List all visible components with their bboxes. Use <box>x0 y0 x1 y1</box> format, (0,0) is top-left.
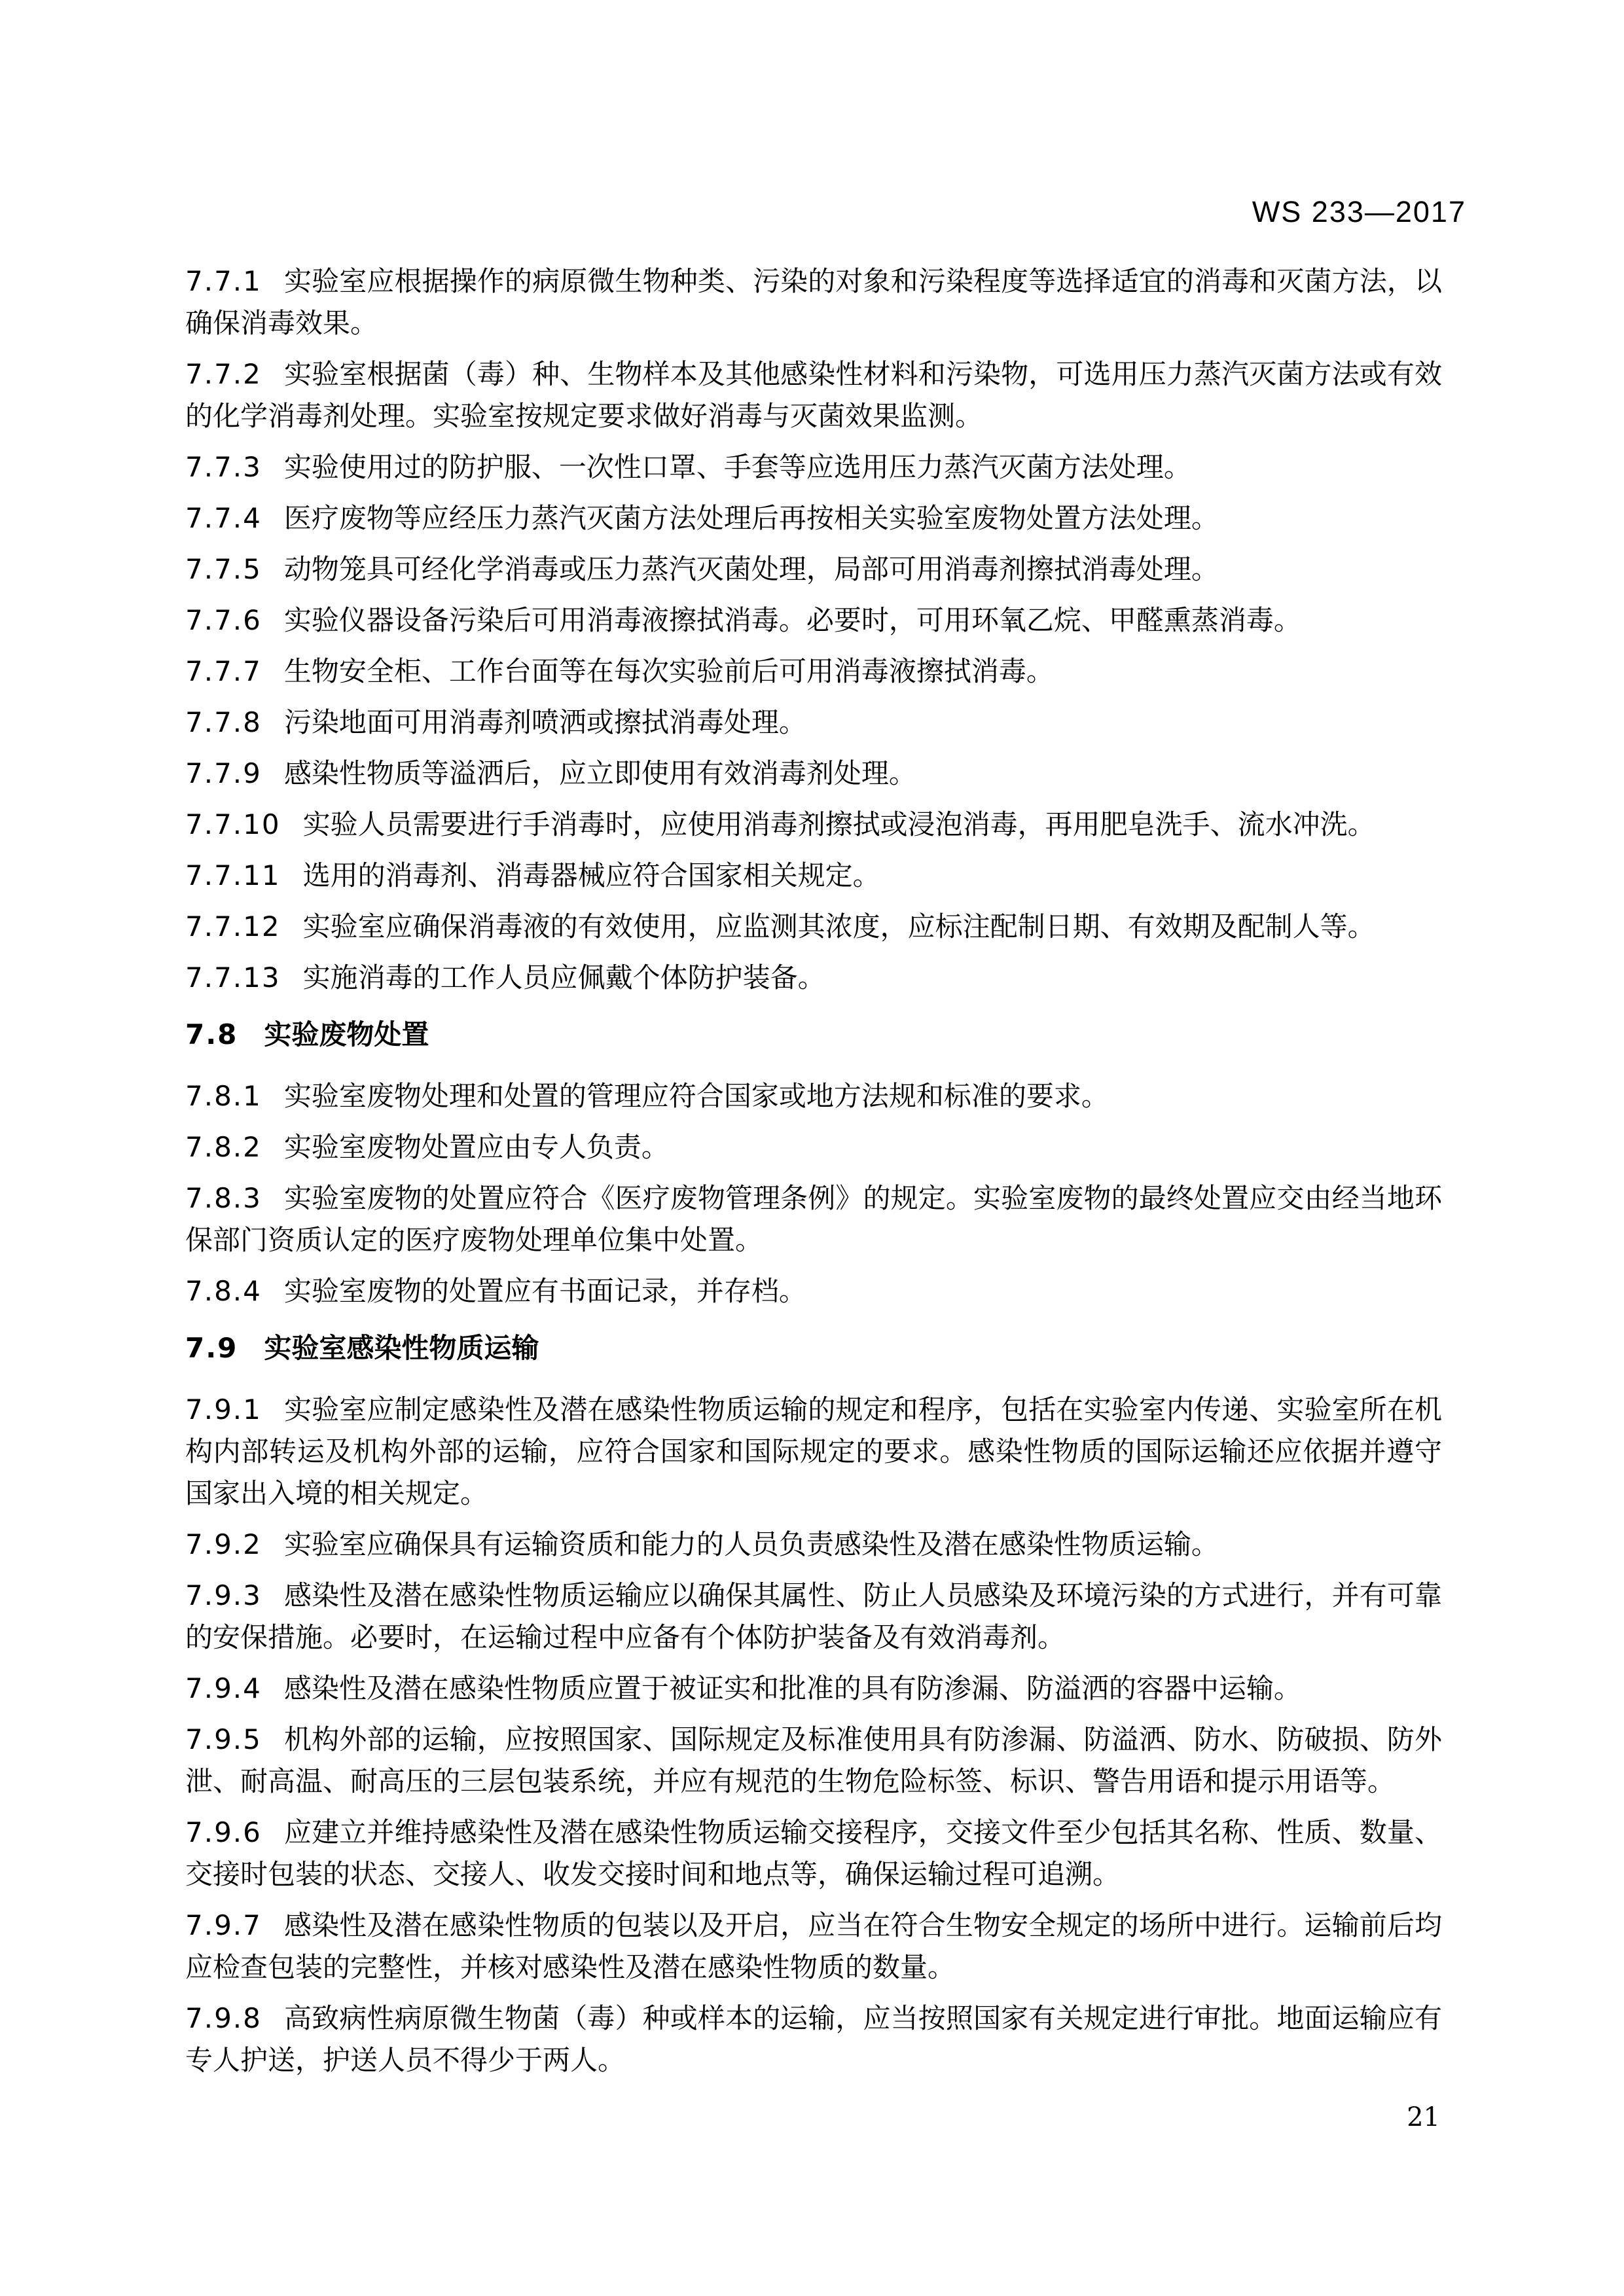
clause-paragraph: 7.7.2实验室根据菌（毒）种、生物样本及其他感染性材料和污染物，可选用压力蒸汽… <box>185 353 1442 438</box>
clause-paragraph: 7.7.10实验人员需要进行手消毒时，应使用消毒剂擦拭或浸泡消毒，再用肥皂洗手、… <box>185 804 1442 846</box>
clause-number: 7.9.3 <box>185 1579 262 1611</box>
section-title: 实验废物处置 <box>264 1019 429 1050</box>
clause-paragraph: 7.7.7生物安全柜、工作台面等在每次实验前后可用消毒液擦拭消毒。 <box>185 651 1442 693</box>
clause-paragraph: 7.7.12实验室应确保消毒液的有效使用，应监测其浓度，应标注配制日期、有效期及… <box>185 906 1442 948</box>
clause-paragraph: 7.7.13实施消毒的工作人员应佩戴个体防护装备。 <box>185 957 1442 999</box>
clause-text: 实验仪器设备污染后可用消毒液擦拭消毒。必要时，可用环氧乙烷、甲醛熏蒸消毒。 <box>284 606 1301 636</box>
clause-paragraph: 7.9.8高致病性病原微生物菌（毒）种或样本的运输，应当按照国家有关规定进行审批… <box>185 1998 1442 2082</box>
clause-number: 7.7.8 <box>185 706 262 738</box>
clause-paragraph: 7.8.4实验室废物的处置应有书面记录，并存档。 <box>185 1270 1442 1313</box>
clause-number: 7.8.4 <box>185 1275 262 1307</box>
clause-number: 7.7.11 <box>185 859 281 891</box>
clause-number: 7.7.12 <box>185 910 281 942</box>
clause-number: 7.7.7 <box>185 655 262 687</box>
standard-number: WS 233—2017 <box>1252 195 1466 228</box>
clause-paragraph: 7.7.5动物笼具可经化学消毒或压力蒸汽灭菌处理，局部可用消毒剂擦拭消毒处理。 <box>185 548 1442 591</box>
clause-paragraph: 7.7.4医疗废物等应经压力蒸汽灭菌方法处理后再按相关实验室废物处置方法处理。 <box>185 497 1442 540</box>
clause-text: 实施消毒的工作人员应佩戴个体防护装备。 <box>303 963 825 994</box>
clause-paragraph: 7.9.7感染性及潜在感染性物质的包装以及开启，应当在符合生物安全规定的场所中进… <box>185 1905 1442 1989</box>
clause-paragraph: 7.9.1实验室应制定感染性及潜在感染性物质运输的规定和程序，包括在实验室内传递… <box>185 1389 1442 1515</box>
page-number: 21 <box>1407 2102 1440 2132</box>
page-footer: 21 <box>185 2102 1440 2132</box>
clause-text: 实验室应根据操作的病原微生物种类、污染的对象和污染程度等选择适宜的消毒和灭菌方法… <box>185 267 1442 339</box>
clause-text: 感染性及潜在感染性物质运输应以确保其属性、防止人员感染及环境污染的方式进行，并有… <box>185 1581 1442 1653</box>
clause-text: 实验室应确保具有运输资质和能力的人员负责感染性及潜在感染性物质运输。 <box>284 1530 1219 1560</box>
clause-text: 医疗废物等应经压力蒸汽灭菌方法处理后再按相关实验室废物处置方法处理。 <box>284 504 1219 534</box>
clause-number: 7.9.4 <box>185 1672 262 1704</box>
clause-text: 污染地面可用消毒剂喷洒或擦拭消毒处理。 <box>284 708 806 738</box>
section-heading: 7.9实验室感染性物质运输 <box>185 1327 1442 1369</box>
clause-text: 实验室应制定感染性及潜在感染性物质运输的规定和程序，包括在实验室内传递、实验室所… <box>185 1395 1442 1509</box>
clause-text: 实验室根据菌（毒）种、生物样本及其他感染性材料和污染物，可选用压力蒸汽灭菌方法或… <box>185 360 1442 432</box>
clause-text: 实验室废物处置应由专人负责。 <box>284 1133 669 1163</box>
clause-paragraph: 7.7.6实验仪器设备污染后可用消毒液擦拭消毒。必要时，可用环氧乙烷、甲醛熏蒸消… <box>185 600 1442 642</box>
clause-text: 感染性及潜在感染性物质应置于被证实和批准的具有防渗漏、防溢洒的容器中运输。 <box>284 1674 1301 1704</box>
clause-paragraph: 7.7.9感染性物质等溢洒后，应立即使用有效消毒剂处理。 <box>185 753 1442 795</box>
clause-text: 实验室废物处理和处置的管理应符合国家或地方法规和标准的要求。 <box>284 1082 1109 1112</box>
clause-number: 7.7.10 <box>185 808 281 840</box>
clause-text: 高致病性病原微生物菌（毒）种或样本的运输，应当按照国家有关规定进行审批。地面运输… <box>185 2004 1442 2076</box>
clause-number: 7.7.1 <box>185 265 262 297</box>
clause-number: 7.7.3 <box>185 451 262 483</box>
clause-number: 7.9.6 <box>185 1816 262 1848</box>
clause-paragraph: 7.7.11选用的消毒剂、消毒器械应符合国家相关规定。 <box>185 855 1442 897</box>
document-page: WS 233—2017 7.7.1实验室应根据操作的病原微生物种类、污染的对象和… <box>0 0 1624 2296</box>
clause-number: 7.9.1 <box>185 1393 262 1426</box>
clause-number: 7.7.5 <box>185 553 262 585</box>
clause-number: 7.7.6 <box>185 604 262 636</box>
page-header: WS 233—2017 <box>185 195 1466 229</box>
clause-number: 7.7.4 <box>185 502 262 534</box>
clause-paragraph: 7.7.1实验室应根据操作的病原微生物种类、污染的对象和污染程度等选择适宜的消毒… <box>185 260 1442 345</box>
clause-number: 7.9.7 <box>185 1909 262 1941</box>
clause-text: 感染性物质等溢洒后，应立即使用有效消毒剂处理。 <box>284 759 916 789</box>
clause-text: 实验使用过的防护服、一次性口罩、手套等应选用压力蒸汽灭菌方法处理。 <box>284 453 1191 483</box>
clause-paragraph: 7.9.6应建立并维持感染性及潜在感染性物质运输交接程序，交接文件至少包括其名称… <box>185 1812 1442 1896</box>
clause-paragraph: 7.9.3感染性及潜在感染性物质运输应以确保其属性、防止人员感染及环境污染的方式… <box>185 1575 1442 1659</box>
clause-paragraph: 7.8.1实验室废物处理和处置的管理应符合国家或地方法规和标准的要求。 <box>185 1075 1442 1118</box>
clause-text: 选用的消毒剂、消毒器械应符合国家相关规定。 <box>303 861 880 891</box>
clause-number: 7.9.2 <box>185 1528 262 1560</box>
clause-paragraph: 7.9.5机构外部的运输，应按照国家、国际规定及标准使用具有防渗漏、防溢洒、防水… <box>185 1719 1442 1803</box>
section-number: 7.9 <box>185 1332 238 1364</box>
clause-number: 7.8.2 <box>185 1131 262 1163</box>
section-title: 实验室感染性物质运输 <box>264 1333 539 1363</box>
clause-number: 7.9.8 <box>185 2002 262 2034</box>
document-body: 7.7.1实验室应根据操作的病原微生物种类、污染的对象和污染程度等选择适宜的消毒… <box>185 260 1442 2090</box>
clause-number: 7.8.1 <box>185 1080 262 1112</box>
clause-paragraph: 7.9.2实验室应确保具有运输资质和能力的人员负责感染性及潜在感染性物质运输。 <box>185 1524 1442 1566</box>
clause-number: 7.7.13 <box>185 961 281 994</box>
clause-number: 7.7.9 <box>185 757 262 789</box>
clause-text: 机构外部的运输，应按照国家、国际规定及标准使用具有防渗漏、防溢洒、防水、防破损、… <box>185 1725 1442 1797</box>
section-number: 7.8 <box>185 1018 238 1050</box>
clause-text: 应建立并维持感染性及潜在感染性物质运输交接程序，交接文件至少包括其名称、性质、数… <box>185 1818 1442 1890</box>
clause-paragraph: 7.7.3实验使用过的防护服、一次性口罩、手套等应选用压力蒸汽灭菌方法处理。 <box>185 446 1442 489</box>
clause-paragraph: 7.9.4感染性及潜在感染性物质应置于被证实和批准的具有防渗漏、防溢洒的容器中运… <box>185 1668 1442 1710</box>
clause-text: 实验室废物的处置应有书面记录，并存档。 <box>284 1277 806 1307</box>
clause-text: 实验室应确保消毒液的有效使用，应监测其浓度，应标注配制日期、有效期及配制人等。 <box>303 912 1375 942</box>
clause-paragraph: 7.8.3实验室废物的处置应符合《医疗废物管理条例》的规定。实验室废物的最终处置… <box>185 1177 1442 1262</box>
clause-text: 实验室废物的处置应符合《医疗废物管理条例》的规定。实验室废物的最终处置应交由经当… <box>185 1184 1442 1256</box>
clause-paragraph: 7.8.2实验室废物处置应由专人负责。 <box>185 1126 1442 1169</box>
clause-text: 动物笼具可经化学消毒或压力蒸汽灭菌处理，局部可用消毒剂擦拭消毒处理。 <box>284 555 1219 585</box>
clause-paragraph: 7.7.8污染地面可用消毒剂喷洒或擦拭消毒处理。 <box>185 702 1442 744</box>
clause-number: 7.8.3 <box>185 1182 262 1214</box>
clause-text: 感染性及潜在感染性物质的包装以及开启，应当在符合生物安全规定的场所中进行。运输前… <box>185 1911 1442 1983</box>
clause-text: 生物安全柜、工作台面等在每次实验前后可用消毒液擦拭消毒。 <box>284 657 1054 687</box>
section-heading: 7.8实验废物处置 <box>185 1014 1442 1056</box>
clause-text: 实验人员需要进行手消毒时，应使用消毒剂擦拭或浸泡消毒，再用肥皂洗手、流水冲洗。 <box>303 810 1375 840</box>
clause-number: 7.7.2 <box>185 358 262 390</box>
clause-number: 7.9.5 <box>185 1723 262 1755</box>
